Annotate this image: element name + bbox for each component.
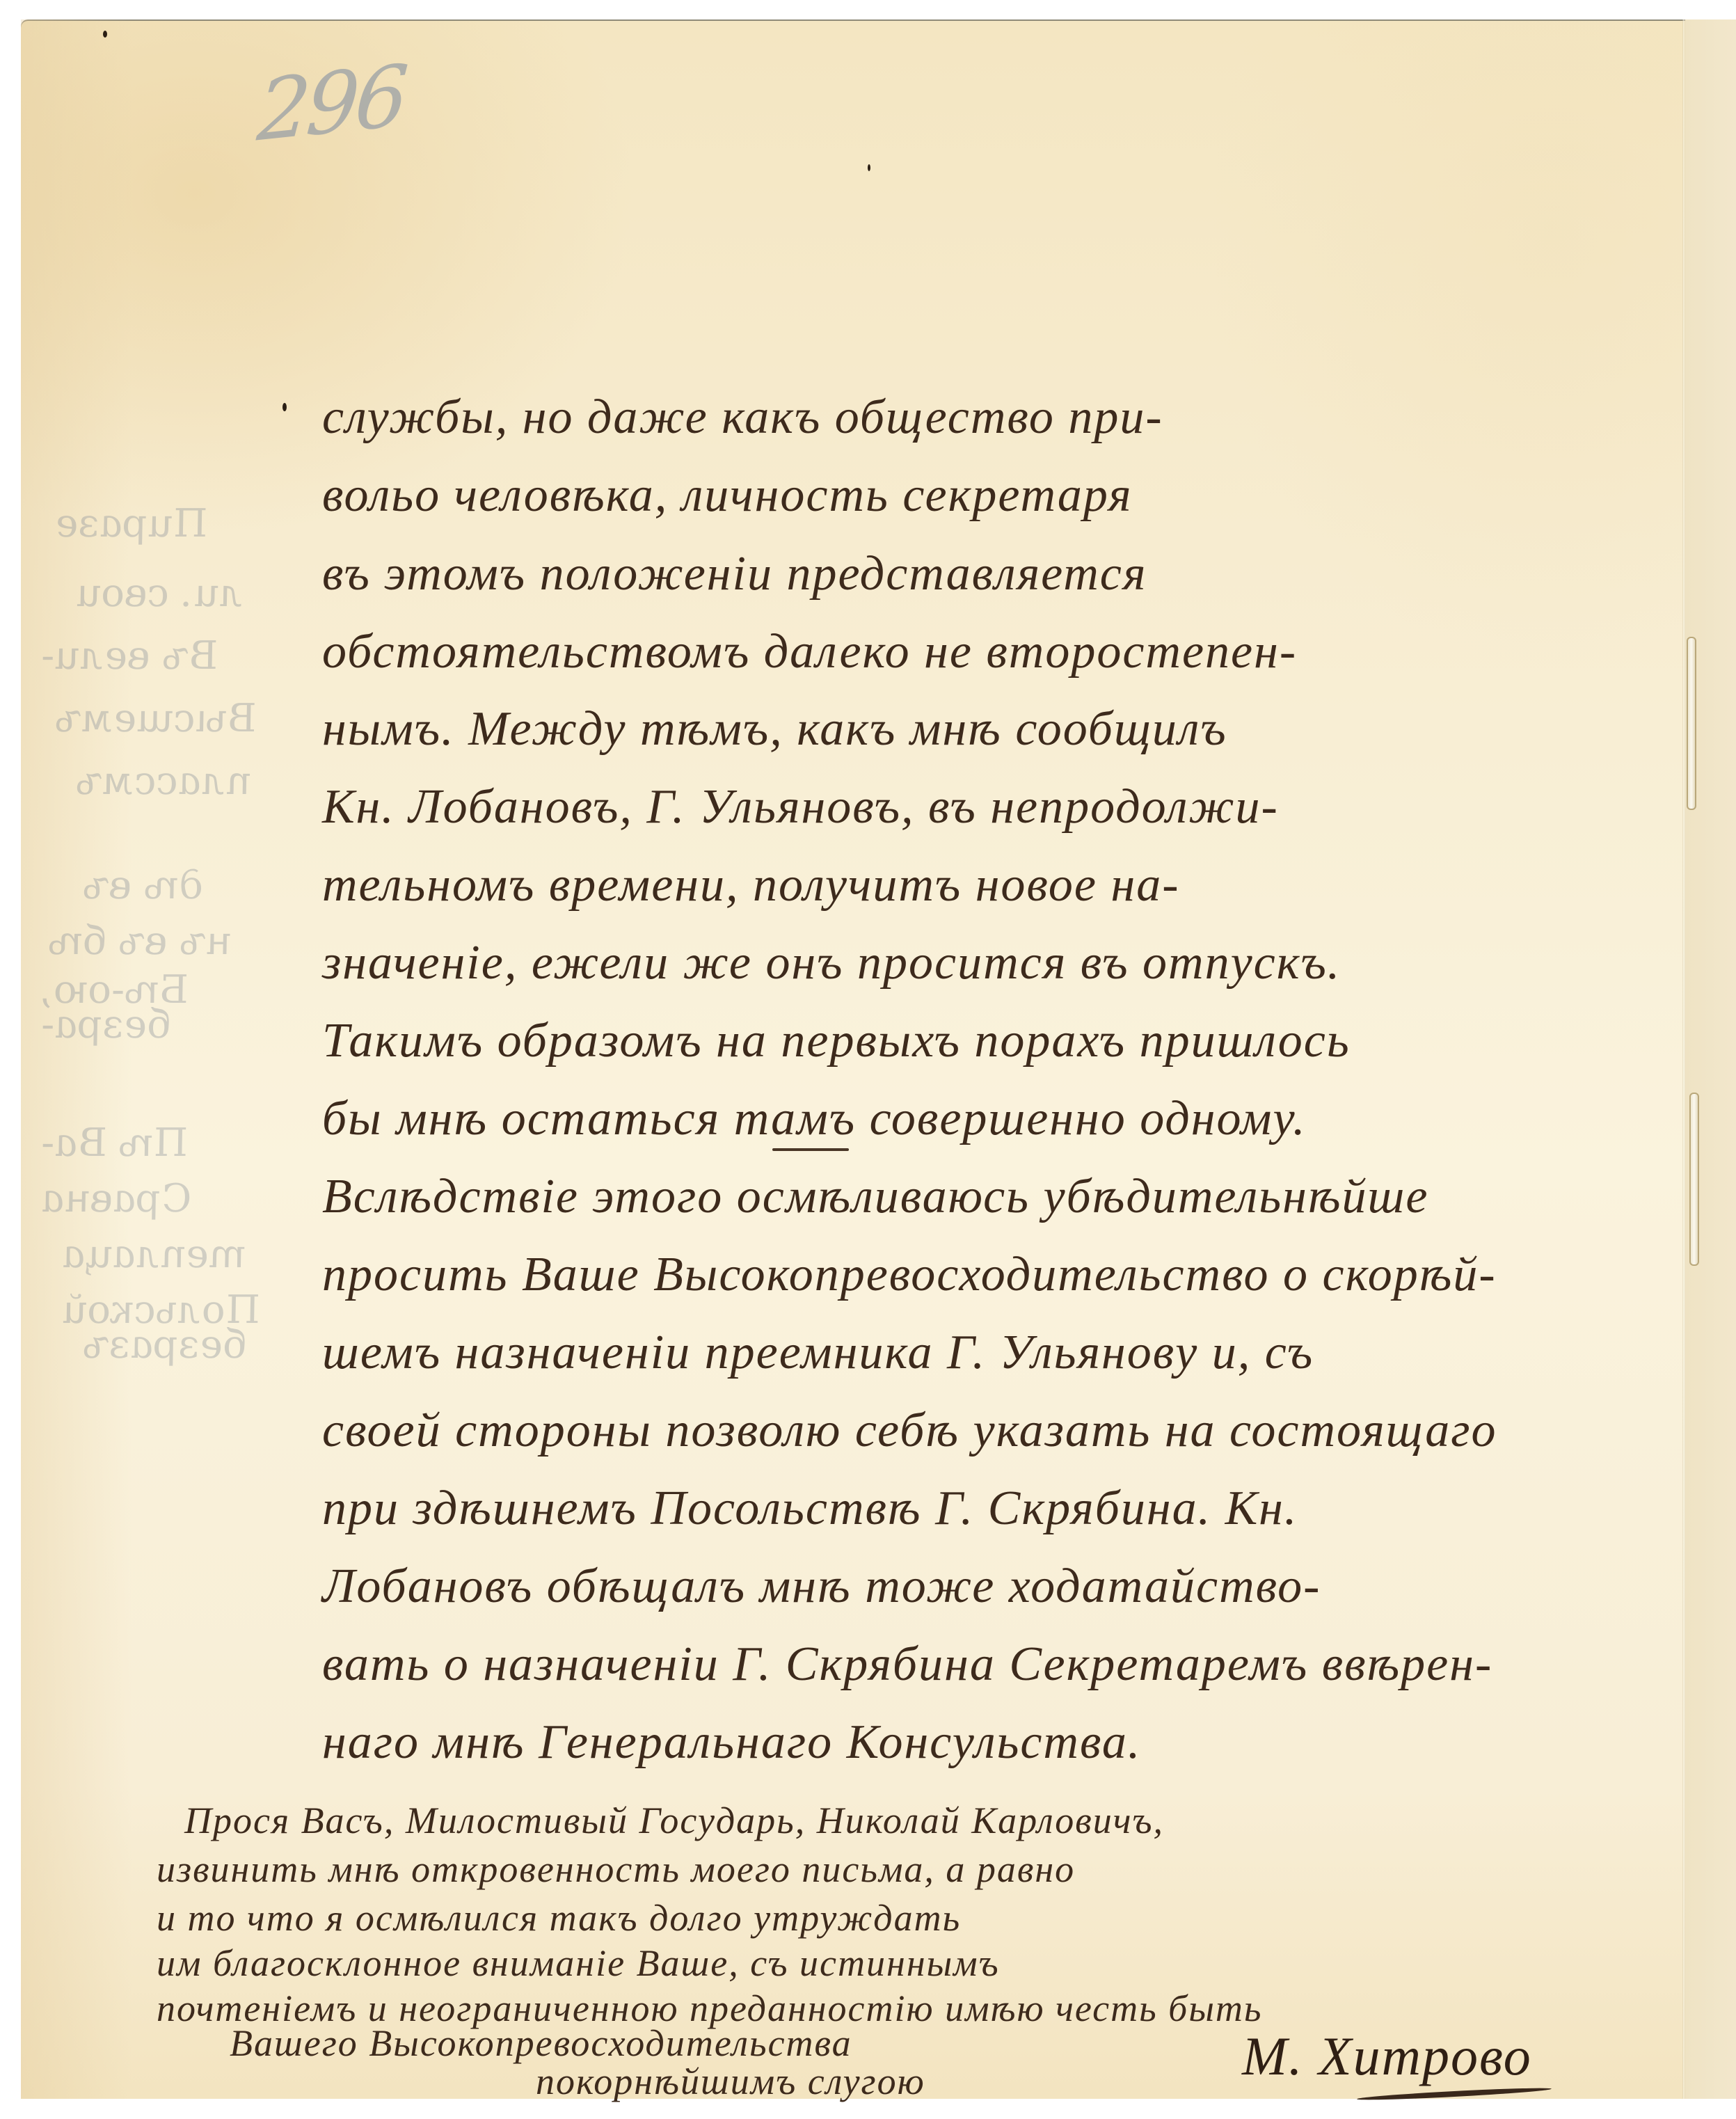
closing-line-2: извинить мнѣ откровенность моего письма,… [157, 1848, 1075, 1891]
fold-crease [1682, 19, 1685, 2099]
bleed-through-line: Сравна [37, 1176, 196, 1221]
body-line-1: службы, но даже какъ общество при- [322, 390, 1163, 445]
body-line-18: наго мнѣ Генеральнаго Консульства. [322, 1715, 1141, 1770]
bleed-through-line: безразъ [79, 1322, 252, 1367]
bleed-through-line: безра- [37, 1002, 176, 1047]
bleed-through-line: Высшемъ [51, 696, 261, 741]
body-line-2: вольо человѣка, личность секретаря [322, 468, 1133, 523]
body-line-9: Такимъ образомъ на первыхъ порахъ пришло… [322, 1013, 1351, 1069]
closing-line-3: и то что я осмѣлился такъ долго утруждат… [157, 1896, 961, 1939]
bleed-through-line: ли. свои [72, 571, 249, 616]
body-line-8: значенiе, ежели же онъ просится въ отпус… [322, 935, 1341, 991]
bleed-through-line: нъ въ бѣ [44, 919, 237, 964]
body-line-14: своей стороны позволю себѣ указать на со… [322, 1403, 1497, 1459]
bleed-through-line: дѣ въ [79, 863, 208, 908]
body-line-11: Вслѣдствiе этого осмѣливаюсь убѣдительнѣ… [322, 1169, 1428, 1225]
valediction: покорнѣйшимъ слугою [536, 2060, 925, 2103]
folio-number-pencil: 296 [255, 47, 408, 161]
body-line-15: при здѣшнемъ Посольствѣ Г. Скрябина. Кн. [322, 1481, 1298, 1537]
body-line-13: шемъ назначенiи преемника Г. Ульянову и,… [322, 1325, 1314, 1381]
ink-speck [103, 31, 107, 38]
body-line-4: обстоятельствомъ далеко не второстепен- [322, 624, 1297, 680]
bleed-through-line: плассмъ [72, 759, 256, 804]
signature: М. Хитрово [1242, 2025, 1532, 2088]
closing-line-6: Вашего Высокопревосходительства [230, 2022, 852, 2065]
closing-line-4: им благосклонное вниманiе Ваше, съ истин… [157, 1942, 1000, 1985]
body-line-7: тельномъ времени, получитъ новое на- [322, 857, 1180, 913]
body-line-10: бы мнѣ остаться тамъ совершенно одному. [322, 1091, 1307, 1147]
ink-speck [868, 164, 870, 171]
body-line-17: вать о назначенiи Г. Скрябина Секретарем… [322, 1637, 1492, 1692]
bleed-through-line: теплаца [58, 1232, 251, 1277]
ink-speck [282, 403, 287, 411]
bleed-through-line: Пѣ Ва- [37, 1120, 192, 1166]
underline-mark [772, 1148, 849, 1151]
binding-string-lower [1689, 1093, 1699, 1266]
body-line-3: въ этомъ положенiи представляется [322, 546, 1147, 602]
folded-edge-flap [1685, 19, 1736, 2099]
body-line-16: Лобановъ обѣщалъ мнѣ тоже ходатайство- [322, 1559, 1321, 1614]
body-line-6: Кн. Лобановъ, Г. Ульяновъ, въ непродолжи… [322, 779, 1279, 835]
bleed-through-line: Въ вели- [37, 633, 222, 678]
body-line-5: нымъ. Между тѣмъ, какъ мнѣ сообщилъ [322, 701, 1227, 757]
closing-line-1: Прося Васъ, Милостивый Государь, Николай… [184, 1799, 1164, 1842]
body-line-12: просить Ваше Высокопревосходительство о … [322, 1247, 1497, 1303]
bleed-through-line: Пиразе [51, 501, 212, 546]
binding-string-upper [1687, 637, 1696, 810]
